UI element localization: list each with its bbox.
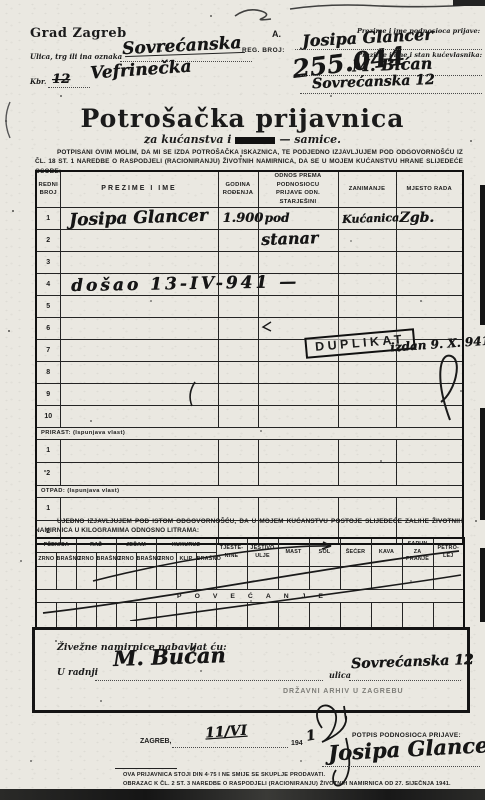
table-row: 2stanar	[36, 229, 463, 251]
handwritten-relation: stanar	[260, 228, 318, 249]
col-zanimanje: ZANIMANJE	[338, 171, 396, 207]
row-number-cell: 4	[36, 273, 60, 295]
row-name-cell	[60, 229, 218, 251]
row-name-cell	[60, 383, 218, 405]
handwritten-occupation: Kućanica	[341, 211, 399, 226]
table-row: 8	[36, 361, 463, 383]
podnosilac-value: Josipa Glancer	[302, 25, 433, 51]
supplies-cell	[371, 603, 402, 629]
row-place-cell	[396, 383, 463, 405]
row-number-cell: 2	[36, 229, 60, 251]
supplies-cell	[116, 567, 136, 590]
ruled-line	[95, 680, 323, 681]
scan-edge-mark	[453, 0, 485, 6]
row-name-cell	[60, 462, 218, 485]
supplies-cell	[402, 603, 433, 629]
supplies-cell	[176, 567, 196, 590]
supplies-cell	[56, 567, 76, 590]
povecanje-band-row: POVEĆANJE	[36, 590, 464, 603]
supplies-cell	[156, 567, 176, 590]
supplies-sub-label: BRAŠNO	[196, 553, 216, 567]
household-table-header-row: REDNI BROJ PREZIME I IME GODINA ROĐENJA …	[36, 171, 463, 207]
supplies-cell	[176, 603, 196, 629]
reg-broj-label: REG. BROJ:	[242, 47, 285, 54]
row-year-cell	[218, 361, 258, 383]
supplies-cell	[96, 567, 116, 590]
handwritten-relation: pod	[265, 211, 290, 225]
declaration-text-2: UJEDNO IZJAVLJUJEM POD ISTOM ODGOVORNOŠĆ…	[35, 517, 463, 536]
shop-box: Živežne namirnice nabavljat ću: U radnji…	[32, 627, 470, 713]
subtitle-post: — samice.	[279, 133, 341, 146]
supplies-column-label: ŠEĆER	[340, 538, 371, 567]
household-table-wrap: REDNI BROJ PREZIME I IME GODINA ROĐENJA …	[35, 170, 462, 545]
section-band-row: PRIRAST: (Ispunjava vlast)	[36, 427, 463, 439]
handwritten-year: 1.900	[223, 211, 264, 226]
row-occupation-cell	[338, 273, 396, 295]
house-number-label: Kbr.	[30, 77, 46, 86]
supplies-cell	[247, 567, 278, 590]
row-number-cell: 5	[36, 295, 60, 317]
table-row: 2	[36, 462, 463, 485]
supplies-sub-label: BRAŠNO	[56, 553, 76, 567]
section-band-row: OTPAD: (Ispunjava vlast)	[36, 485, 463, 497]
supplies-cell	[278, 603, 309, 629]
row-relation-cell	[258, 439, 338, 462]
row-relation-cell	[258, 361, 338, 383]
supplies-column-label: SOL	[309, 538, 340, 567]
scan-bottom-edge	[0, 789, 485, 800]
footer-city-label: ZAGREB,	[140, 738, 172, 745]
row-year-cell	[218, 439, 258, 462]
table-row: 10	[36, 405, 463, 427]
row-name-cell: Josipa Glancer	[60, 207, 218, 229]
row-relation-cell	[258, 383, 338, 405]
row-place-cell: Zgb.	[396, 207, 463, 229]
supplies-cell	[56, 603, 76, 629]
row-place-cell	[396, 361, 463, 383]
ruled-line	[48, 87, 90, 88]
redacted-word	[235, 137, 275, 144]
row-number-cell: 10	[36, 405, 60, 427]
shop-ulica-label: ulica	[329, 670, 351, 680]
supplies-cell	[36, 603, 56, 629]
form-subtitle: za kućanstva i— samice.	[0, 133, 485, 146]
supplies-column-label: TJESTE- NINE	[216, 538, 247, 567]
supplies-cell	[309, 567, 340, 590]
supplies-cell	[136, 567, 156, 590]
row-name-cell	[60, 361, 218, 383]
supplies-cell	[340, 603, 371, 629]
row-number-cell: 1	[36, 207, 60, 229]
table-row: 5	[36, 295, 463, 317]
col-odnos: ODNOS PREMA PODNOSIOCU PRIJAVE ODN. STAR…	[258, 171, 338, 207]
supplies-cell	[216, 567, 247, 590]
supplies-cell	[309, 603, 340, 629]
supplies-cell	[136, 603, 156, 629]
row-number-cell: 6	[36, 317, 60, 339]
row-number-cell: 7	[36, 339, 60, 361]
row-year-cell	[218, 339, 258, 361]
handwritten-name: Josipa Glancer	[68, 206, 207, 231]
supplies-data-row	[36, 567, 464, 590]
row-year-cell	[218, 295, 258, 317]
supplies-cell	[156, 603, 176, 629]
table-row: 1Josipa Glancer1.900podKućanicaZgb.	[36, 207, 463, 229]
supplies-group-label: RAŽ	[76, 538, 116, 553]
fineprint-line-1: OVA PRIJAVNICA STOJI DIN 4·75 I NE SMIJE…	[123, 772, 463, 778]
row-number-cell: 1	[36, 439, 60, 462]
footer-date-value: 11/VI	[204, 723, 247, 742]
scanned-form-page: Grad Zagreb A. REG. BROJ: 255.044 Prezim…	[0, 0, 485, 800]
row-occupation-cell	[338, 295, 396, 317]
row-year-cell	[218, 383, 258, 405]
col-redni-broj: REDNI BROJ	[36, 171, 60, 207]
supplies-cell	[247, 603, 278, 629]
supplies-column-label: JESTIVO ULJE	[247, 538, 278, 567]
row-relation-cell	[258, 405, 338, 427]
row-year-cell: 1.900	[218, 207, 258, 229]
supplies-sub-label: ZRNO	[156, 553, 176, 567]
subtitle-pre: za kućanstva i	[144, 133, 231, 146]
row-occupation-cell	[338, 405, 396, 427]
supplies-group-label: PŠENICA	[36, 538, 76, 553]
kucevlasnik-address: Sovrećanska 12	[312, 72, 435, 92]
ruled-line	[172, 747, 288, 748]
supplies-cell	[196, 567, 216, 590]
form-title: Potrošačka prijavnica	[0, 104, 485, 133]
supplies-cell	[196, 603, 216, 629]
row-number-cell: 9	[36, 383, 60, 405]
table-row: 1	[36, 439, 463, 462]
supplies-cell	[433, 603, 464, 629]
table-row: 4došao 13-IV-941 —	[36, 273, 463, 295]
col-prezime-ime: PREZIME I IME	[60, 171, 218, 207]
row-year-cell	[218, 317, 258, 339]
row-year-cell	[218, 229, 258, 251]
row-place-cell	[396, 439, 463, 462]
row-place-cell	[396, 251, 463, 273]
row-occupation-cell	[338, 251, 396, 273]
supplies-column-label: KAVA	[371, 538, 402, 567]
supplies-group-label: JEČAM	[116, 538, 156, 553]
row-relation-cell: pod	[258, 207, 338, 229]
row-name-cell	[60, 439, 218, 462]
row-occupation-cell	[338, 361, 396, 383]
row-place-cell	[396, 295, 463, 317]
povecanje-label: POVEĆANJE	[36, 590, 464, 603]
supplies-data-row	[36, 603, 464, 629]
supplies-cell	[76, 603, 96, 629]
row-name-cell	[60, 405, 218, 427]
supplies-cell	[36, 567, 56, 590]
supplies-sub-label: BRAŠNO	[96, 553, 116, 567]
handwritten-place: Zgb.	[400, 210, 435, 226]
row-occupation-cell	[338, 383, 396, 405]
table-row: 3	[36, 251, 463, 273]
ruled-line	[349, 680, 461, 681]
row-name-cell	[60, 251, 218, 273]
shop-radnji-value: M. Bućan	[113, 642, 226, 671]
ruled-line	[295, 49, 482, 50]
shop-radnji-label: U radnji	[57, 668, 98, 678]
row-relation-cell	[258, 295, 338, 317]
supplies-cell	[433, 567, 464, 590]
supplies-group-header-row: PŠENICARAŽJEČAMKUKURUZTJESTE- NINEJESTIV…	[36, 538, 464, 553]
supplies-sub-label: KLIP	[176, 553, 196, 567]
row-year-cell	[218, 462, 258, 485]
supplies-column-label: MAST	[278, 538, 309, 567]
supplies-group-label: KUKURUZ	[156, 538, 216, 553]
supplies-sub-label: BRAŠNO	[136, 553, 156, 567]
supplies-cell	[216, 603, 247, 629]
fineprint-line-2: OBRAZAC K ČL. 2 ST. 3 NAREDBE O RASPODJE…	[123, 781, 463, 787]
supplies-cell	[340, 567, 371, 590]
row-occupation-cell	[338, 462, 396, 485]
row-relation-cell	[258, 462, 338, 485]
row-place-cell	[396, 273, 463, 295]
pen-scribble-top	[180, 0, 485, 26]
supplies-sub-label: ZRNO	[76, 553, 96, 567]
ruled-line	[300, 93, 482, 94]
row-name-cell	[60, 295, 218, 317]
scan-edge-strip	[480, 185, 485, 325]
section-band-label: OTPAD: (Ispunjava vlast)	[36, 485, 463, 497]
scan-edge-strip	[480, 548, 485, 622]
row-number-cell: 2	[36, 462, 60, 485]
row-place-cell	[396, 229, 463, 251]
footer-year-value: 1	[305, 727, 317, 744]
supplies-sub-label: ZRNO	[36, 553, 56, 567]
main-table-body: 1Josipa Glancer1.900podKućanicaZgb.2stan…	[36, 207, 463, 544]
row-year-cell	[218, 405, 258, 427]
scan-edge-strip	[480, 408, 485, 520]
scan-noise	[0, 0, 2, 2]
supplies-column-label: PETRO- LEJ	[433, 538, 464, 567]
street-label: Ulica, trg ili ina oznaka	[30, 52, 122, 61]
table-row: 9	[36, 383, 463, 405]
fineprint-rule	[115, 768, 177, 769]
supplies-table: PŠENICARAŽJEČAMKUKURUZTJESTE- NINEJESTIV…	[35, 537, 465, 629]
supplies-sub-label: ZRNO	[116, 553, 136, 567]
supplies-cell	[96, 603, 116, 629]
row-occupation-cell	[338, 229, 396, 251]
row-name-cell: došao 13-IV-941 —	[60, 273, 218, 295]
row-number-cell: 8	[36, 361, 60, 383]
city-name: Grad Zagreb	[30, 26, 127, 41]
row-name-cell	[60, 317, 218, 339]
footer-year-print: 194	[291, 740, 303, 747]
shop-ulica-value: Sovrećanska 12	[351, 652, 474, 672]
supplies-cell	[116, 603, 136, 629]
ruled-line	[322, 766, 480, 767]
form-series-letter: A.	[272, 29, 281, 39]
row-relation-cell: stanar	[258, 229, 338, 251]
row-occupation-cell: Kućanica	[338, 207, 396, 229]
row-place-cell	[396, 405, 463, 427]
row-name-cell	[60, 339, 218, 361]
row-year-cell	[218, 251, 258, 273]
household-table: REDNI BROJ PREZIME I IME GODINA ROĐENJA …	[35, 170, 464, 545]
supplies-cell	[371, 567, 402, 590]
row-occupation-cell	[338, 439, 396, 462]
section-band-label: PRIRAST: (Ispunjava vlast)	[36, 427, 463, 439]
supplies-column-label: SAPUN ZA PRANJE	[402, 538, 433, 567]
col-mjesto-rada: MJESTO RADA	[396, 171, 463, 207]
supplies-table-wrap: PŠENICARAŽJEČAMKUKURUZTJESTE- NINEJESTIV…	[35, 537, 463, 629]
row-number-cell: 3	[36, 251, 60, 273]
archive-stamp: DRŽAVNI ARHIV U ZAGREBU	[283, 688, 404, 695]
supplies-cell	[76, 567, 96, 590]
row-relation-cell	[258, 251, 338, 273]
col-godina-rodjenja: GODINA ROĐENJA	[218, 171, 258, 207]
supplies-cell	[278, 567, 309, 590]
supplies-cell	[402, 567, 433, 590]
row-place-cell	[396, 462, 463, 485]
house-number-value: 12	[52, 72, 70, 87]
